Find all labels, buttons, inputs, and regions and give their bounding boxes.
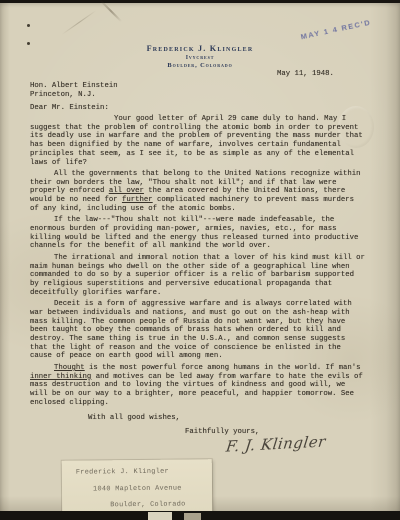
- scanned-letter: MAY 1 4 REC'D Frederick J. Klingler Ivyc…: [0, 0, 400, 520]
- date-line: May 11, 1948.: [277, 70, 334, 79]
- scan-edge-fragment: [184, 513, 201, 520]
- closing-good-wishes: With all good wishes,: [88, 414, 180, 423]
- recipient-address: Princeton, N.J.: [30, 91, 118, 100]
- paragraph: If the law---"Thou shalt not kill"---wer…: [30, 216, 366, 251]
- paragraph: The irrational and immoral notion that a…: [30, 254, 366, 298]
- pasted-address-label: Frederick J. Klingler 1040 Mapleton Aven…: [62, 459, 213, 514]
- label-city: Boulder, Colorado: [110, 501, 212, 509]
- paragraph: All the governments that belong to the U…: [30, 170, 366, 214]
- paragraph: Thought is the most powerful force among…: [30, 364, 366, 408]
- punch-hole: [27, 24, 30, 27]
- letterhead-name: Frederick J. Klingler: [0, 44, 400, 53]
- letter-body: Your good letter of April 29 came duly t…: [30, 115, 366, 410]
- salutation: Dear Mr. Einstein:: [30, 104, 109, 113]
- label-name: Frederick J. Klingler: [76, 468, 212, 476]
- letterhead-estate: Ivycrest: [0, 55, 400, 61]
- letterhead: Frederick J. Klingler Ivycrest Boulder, …: [0, 44, 400, 69]
- label-street: 1040 Mapleton Avenue: [93, 485, 212, 493]
- paragraph: Deceit is a form of aggressive warfare a…: [30, 300, 366, 361]
- scan-edge-fragment: [148, 512, 172, 520]
- recipient-block: Hon. Albert Einstein Princeton, N.J.: [30, 82, 118, 99]
- paragraph: Your good letter of April 29 came duly t…: [30, 115, 366, 167]
- scan-top-edge: [0, 0, 400, 3]
- recipient-name: Hon. Albert Einstein: [30, 82, 118, 91]
- letterhead-location: Boulder, Colorado: [0, 62, 400, 69]
